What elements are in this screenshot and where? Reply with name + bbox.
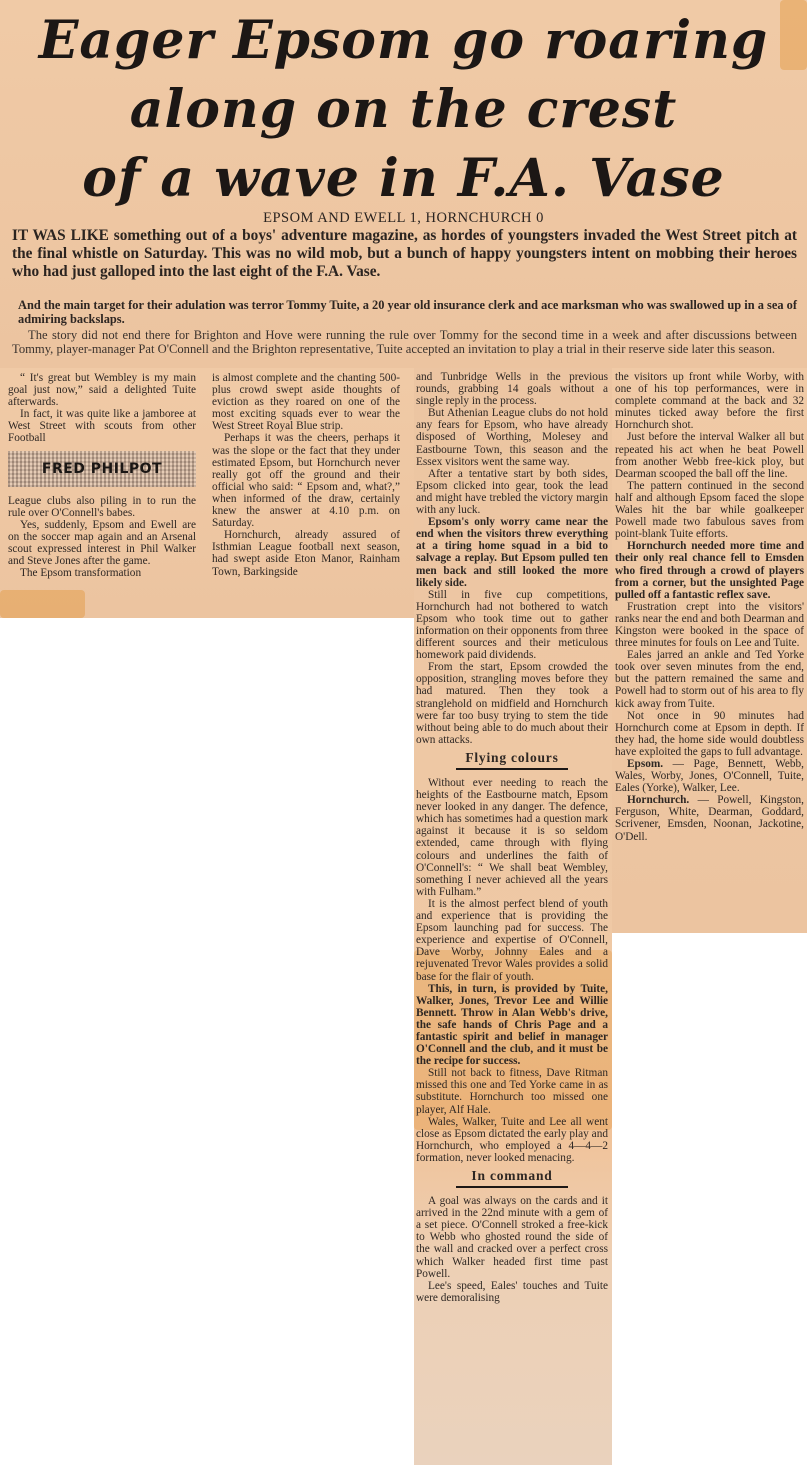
byline: FRED PHILPOT (8, 451, 196, 487)
column-1: “ It's great but Wembley is my main goal… (8, 372, 196, 579)
crosshead-flying-colours: Flying colours (416, 752, 608, 767)
headline-line-1: Eager Epsom go roaring (0, 6, 807, 75)
paragraph: Just before the interval Walker all but … (615, 431, 804, 479)
team-line-hornchurch: Hornchurch. — Powell, Kingston, Ferguson… (615, 794, 804, 842)
paragraph: Wales, Walker, Tuite and Lee all went cl… (416, 1116, 608, 1164)
paragraph: the visitors up front while Worby, with … (615, 371, 804, 431)
paragraph: After a tentative start by both sides, E… (416, 468, 608, 516)
paragraph: and Tunbridge Wells in the previous roun… (416, 371, 608, 407)
team-line-epsom: Epsom. — Page, Bennett, Webb, Wales, Wor… (615, 758, 804, 794)
paragraph: Frustration crept into the visitors' ran… (615, 601, 804, 649)
column-4: the visitors up front while Worby, with … (615, 359, 804, 843)
paragraph: It is the almost perfect blend of youth … (416, 898, 608, 983)
crosshead-in-command: In command (416, 1170, 608, 1185)
paragraph: Still not back to fitness, Dave Ritman m… (416, 1067, 608, 1115)
intro-paragraph: The story did not end there for Brighton… (12, 329, 797, 356)
paragraph-bold: Hornchurch needed more time and their on… (615, 540, 804, 600)
paragraph: A goal was always on the cards and it ar… (416, 1195, 608, 1280)
headline-line-2: along on the crest (0, 75, 807, 144)
paragraph: “ It's great but Wembley is my main goal… (8, 372, 196, 408)
team-label: Epsom. (627, 758, 663, 770)
paragraph-bold: Epsom's only worry came near the end whe… (416, 516, 608, 589)
headline: Eager Epsom go roaring along on the cres… (0, 6, 807, 213)
paper-stain (0, 590, 85, 618)
paragraph: In fact, it was quite like a jamboree at… (8, 408, 196, 444)
paragraph: The Epsom transformation (8, 567, 196, 579)
column-3: and Tunbridge Wells in the previous roun… (416, 359, 608, 1304)
paragraph-bold: This, in turn, is provided by Tuite, Wal… (416, 983, 608, 1068)
team-label: Hornchurch. (627, 794, 689, 806)
paragraph: The pattern continued in the second half… (615, 480, 804, 540)
column-2: is almost complete and the chanting 500-… (212, 372, 400, 578)
paragraph: From the start, Epsom crowded the opposi… (416, 661, 608, 746)
headline-line-3: of a wave in F.A. Vase (0, 144, 807, 213)
paragraph: But Athenian League clubs do not hold an… (416, 407, 608, 467)
paragraph: Perhaps it was the cheers, perhaps it wa… (212, 432, 400, 529)
paragraph: Lee's speed, Eales' touches and Tuite we… (416, 1280, 608, 1304)
paragraph: League clubs also piling in to run the r… (8, 495, 196, 519)
subhead-paragraph: And the main target for their adulation … (18, 298, 797, 326)
paragraph: Hornchurch, already assured of Isthmian … (212, 529, 400, 577)
paragraph: is almost complete and the chanting 500-… (212, 372, 400, 432)
paragraph: Without ever needing to reach the height… (416, 777, 608, 898)
paragraph: Not once in 90 minutes had Hornchurch co… (615, 710, 804, 758)
paragraph: Yes, suddenly, Epsom and Ewell are on th… (8, 519, 196, 567)
lede-paragraph: IT WAS LIKE something out of a boys' adv… (12, 227, 797, 281)
score-line: EPSOM AND EWELL 1, HORNCHURCH 0 (0, 210, 807, 227)
paragraph: Still in five cup competitions, Hornchur… (416, 589, 608, 662)
paragraph: Eales jarred an ankle and Ted Yorke took… (615, 649, 804, 709)
